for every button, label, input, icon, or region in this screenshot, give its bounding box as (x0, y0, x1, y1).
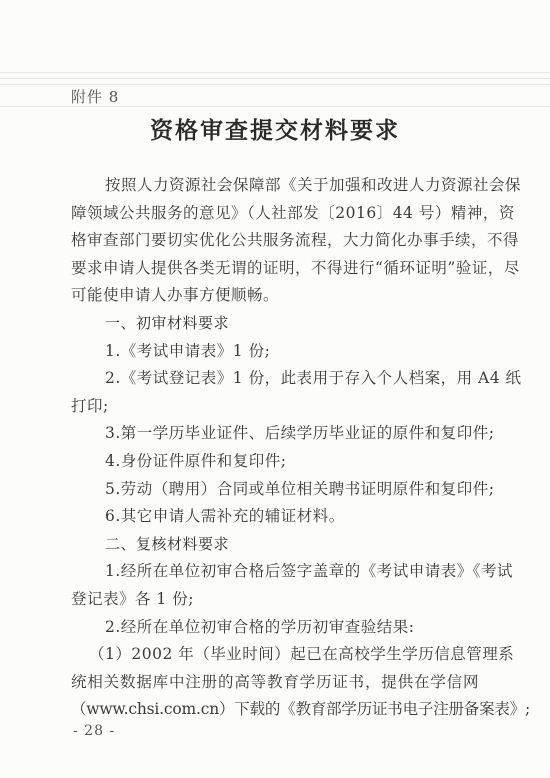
list-item-continuation: 登记表》各 1 份; (71, 586, 479, 614)
paragraph-line: 格审查部门要切实优化公共服务流程，大力简化办事手续，不得 (71, 227, 479, 255)
list-item: 2.经所在单位初审合格的学历初审查验结果: (71, 614, 479, 642)
list-item: 3.第一学历毕业证件、后续学历毕业证的原件和复印件; (71, 420, 479, 448)
list-item-continuation: 打印; (71, 393, 479, 421)
scan-line (0, 78, 550, 79)
paragraph-line: 要求申请人提供各类无谓的证明，不得进行“循环证明”验证，尽 (71, 255, 479, 283)
list-item: 1.经所在单位初审合格后签字盖章的《考试申请表》《考试 (71, 558, 479, 586)
list-item: 2.《考试登记表》1 份，此表用于存入个人档案，用 A4 纸 (71, 365, 479, 393)
page-title: 资格审查提交材料要求 (0, 112, 550, 145)
document-body: 按照人力资源社会保障部《关于加强和改进人力资源社会保 障领域公共服务的意见》（人… (71, 172, 479, 724)
section-heading-initial-review: 一、初审材料要求 (71, 310, 479, 338)
scan-line (0, 72, 550, 73)
paragraph-line: 按照人力资源社会保障部《关于加强和改进人力资源社会保 (71, 172, 479, 200)
page-number: - 28 - (73, 723, 115, 739)
list-item: 5.劳动（聘用）合同或单位相关聘书证明原件和复印件; (71, 476, 479, 504)
attachment-label: 附件 8 (71, 86, 119, 107)
list-item: 4.身份证件原件和复印件; (71, 448, 479, 476)
paragraph-line: 障领域公共服务的意见》（人社部发〔2016〕44 号）精神，资 (71, 200, 479, 228)
section-heading-recheck: 二、复核材料要求 (71, 531, 479, 559)
sub-item: （1）2002 年（毕业时间）起已在高校学生学历信息管理系 (71, 641, 479, 669)
sub-item-continuation: 统相关数据库中注册的高等教育学历证书，提供在学信网 (71, 669, 479, 697)
scan-line (0, 84, 550, 85)
sub-item-continuation: （www.chsi.com.cn）下载的《教育部学历证书电子注册备案表》; (71, 696, 479, 724)
list-item: 1.《考试申请表》1 份; (71, 338, 479, 366)
paragraph-line: 可能使申请人办事方便顺畅。 (71, 282, 479, 310)
list-item: 6.其它申请人需补充的辅证材料。 (71, 503, 479, 531)
document-page: 附件 8 资格审查提交材料要求 按照人力资源社会保障部《关于加强和改进人力资源社… (0, 0, 550, 778)
